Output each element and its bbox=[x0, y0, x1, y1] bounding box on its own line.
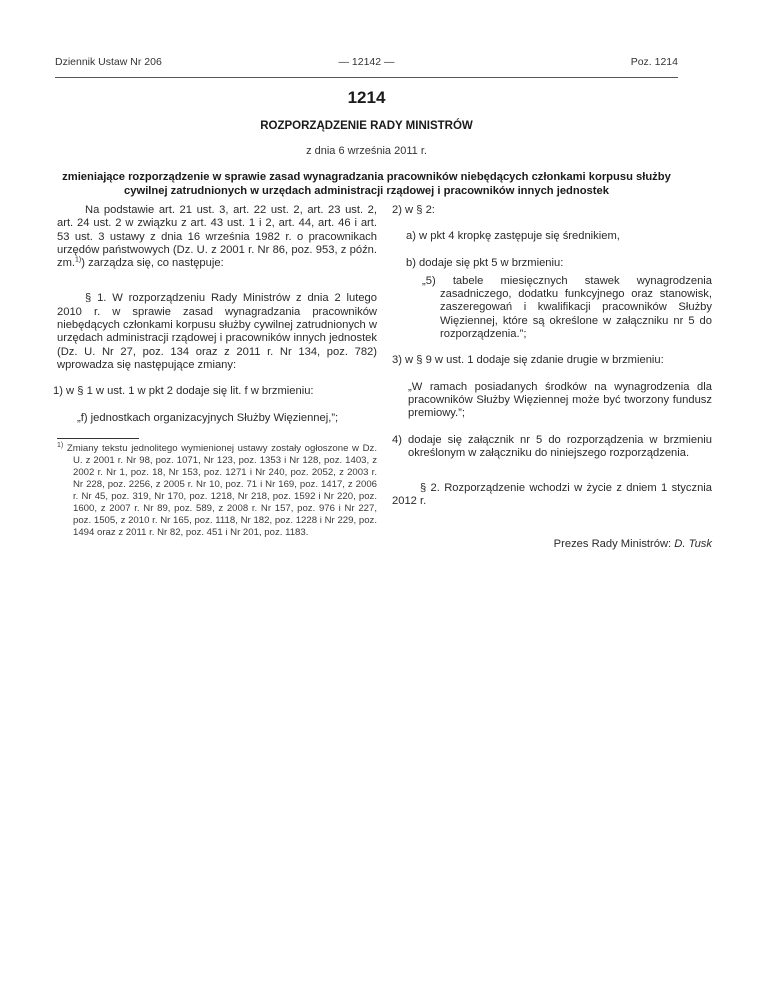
page-number: — 12142 — bbox=[55, 56, 678, 68]
amendment-item-2b: b) dodaje się pkt 5 w brzmieniu: bbox=[392, 257, 712, 270]
signature-name: D. Tusk bbox=[674, 538, 712, 550]
preamble-text-end: ) zarządza się, co następuje: bbox=[81, 257, 223, 269]
amendment-item-1: 1) w § 1 w ust. 1 w pkt 2 dodaje się lit… bbox=[57, 385, 377, 398]
document-type: ROZPORZĄDZENIE RADY MINISTRÓW bbox=[55, 120, 678, 132]
preamble: Na podstawie art. 21 ust. 3, art. 22 ust… bbox=[57, 204, 377, 270]
left-column: Na podstawie art. 21 ust. 3, art. 22 ust… bbox=[57, 204, 377, 539]
amendment-item-3: 3) w § 9 w ust. 1 dodaje się zdanie drug… bbox=[392, 354, 712, 367]
footnote-divider bbox=[57, 438, 139, 439]
document-number: 1214 bbox=[55, 88, 678, 108]
amendment-item-2b-quote: „5) tabele miesięcznych stawek wynagrodz… bbox=[392, 275, 712, 341]
document-subject: zmieniające rozporządzenie w sprawie zas… bbox=[55, 170, 678, 198]
footnote-marker: 1) bbox=[57, 442, 63, 449]
footnote-text: Zmiany tekstu jednolitego wymienionej us… bbox=[67, 443, 377, 538]
amendment-item-4: 4) dodaje się załącznik nr 5 do rozporzą… bbox=[392, 434, 712, 461]
amendment-item-1-quote: „f) jednostkach organizacyjnych Służby W… bbox=[57, 412, 377, 425]
amendment-item-2a: a) w pkt 4 kropkę zastępuje się średniki… bbox=[392, 230, 712, 243]
amendment-item-3-quote: „W ramach posiadanych środków na wynagro… bbox=[392, 381, 712, 421]
right-column: 2) w § 2: a) w pkt 4 kropkę zastępuje si… bbox=[392, 204, 712, 509]
position-number: Poz. 1214 bbox=[631, 56, 678, 68]
header-divider bbox=[55, 77, 678, 78]
section-1: § 1. W rozporządzeniu Rady Ministrów z d… bbox=[57, 292, 377, 372]
section-2: § 2. Rozporządzenie wchodzi w życie z dn… bbox=[392, 482, 712, 509]
amendment-item-2: 2) w § 2: bbox=[392, 204, 712, 217]
document-date: z dnia 6 września 2011 r. bbox=[55, 145, 678, 157]
footnote: 1) Zmiany tekstu jednolitego wymienionej… bbox=[57, 443, 377, 539]
signature: Prezes Rady Ministrów: D. Tusk bbox=[554, 538, 712, 550]
signature-role: Prezes Rady Ministrów: bbox=[554, 538, 675, 550]
page-header: Dziennik Ustaw Nr 206 — 12142 — Poz. 121… bbox=[55, 56, 678, 72]
